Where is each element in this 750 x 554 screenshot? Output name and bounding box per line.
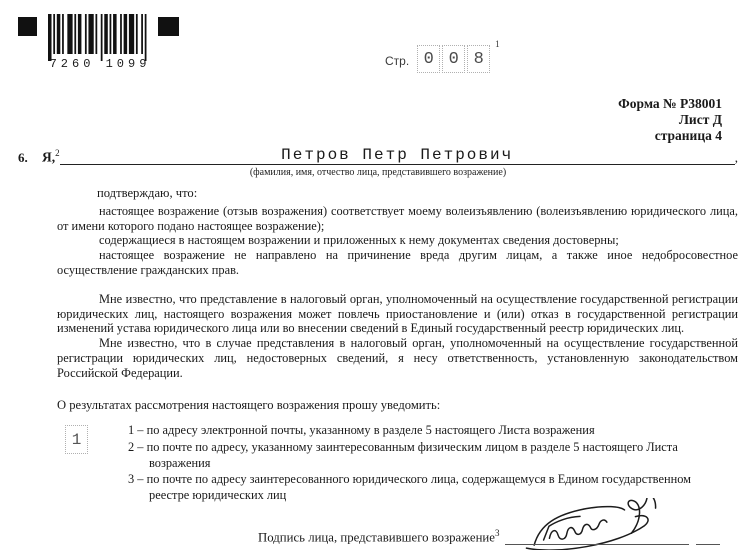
barcode-digits: 7260 1099 [44,57,156,71]
registration-mark-left [18,17,37,36]
confirmation-lead: подтверждаю, что: [97,186,738,201]
name-trailing-comma: , [735,151,738,166]
form-body: 6. Я,2 Петров Петр Петрович , (фамилия, … [18,146,738,503]
confirmation-statements: настоящее возражение (отзыв возражения) … [57,204,738,278]
signature-line-tail [696,530,720,545]
notification-options: 1 – по адресу электронной почты, указанн… [128,422,710,503]
notification-option: 1 – по адресу электронной почты, указанн… [128,422,710,438]
page-digit-cell[interactable]: 0 [442,45,465,73]
page-digit-cell[interactable]: 0 [417,45,440,73]
statement: содержащиеся в настоящем возражении и пр… [57,233,738,248]
signature-label: Подпись лица, представившего возражение3 [258,528,499,545]
registration-mark-right [158,17,179,36]
name-field-caption: (фамилия, имя, отчество лица, представив… [18,166,738,181]
paragraph: Мне известно, что представление в налого… [57,292,738,336]
acknowledgement-paragraphs: Мне известно, что представление в налого… [57,292,738,381]
statement: настоящее возражение не направлено на пр… [57,248,738,278]
signature-line[interactable] [505,530,689,545]
form-page: 7260 1099 Стр. 0 0 8 1 Форма № Р38001 Ли… [0,0,750,554]
page-number-label: Стр. [385,54,409,68]
form-number: Форма № Р38001 [618,96,722,112]
notification-lead: О результатах рассмотрения настоящего во… [57,398,738,413]
page-footnote-marker: 1 [495,39,500,49]
section-number: 6. [18,151,42,166]
form-header: Форма № Р38001 Лист Д страница 4 [618,96,722,144]
page-digit-cell[interactable]: 8 [467,45,490,73]
notify-method-checkbox[interactable]: 1 [65,425,88,454]
notification-choice-row: 1 1 – по адресу электронной почты, указа… [18,422,738,503]
statement: настоящее возражение (отзыв возражения) … [57,204,738,234]
barcode [48,14,150,61]
page-number-field: Стр. 0 0 8 1 [385,45,500,73]
signature-row: Подпись лица, представившего возражение3 [258,528,720,545]
notification-option: 2 – по почте по адресу, указанному заинт… [128,439,710,471]
paragraph: Мне известно, что в случае представления… [57,336,738,380]
signature-footnote-marker: 3 [495,528,500,538]
form-sheet: Лист Д [618,112,722,128]
form-page-label: страница 4 [618,128,722,144]
declarant-name-field[interactable]: Петров Петр Петрович [60,146,735,165]
subject-pronoun: Я,2 [42,146,60,165]
declarant-row: 6. Я,2 Петров Петр Петрович , [18,146,738,165]
